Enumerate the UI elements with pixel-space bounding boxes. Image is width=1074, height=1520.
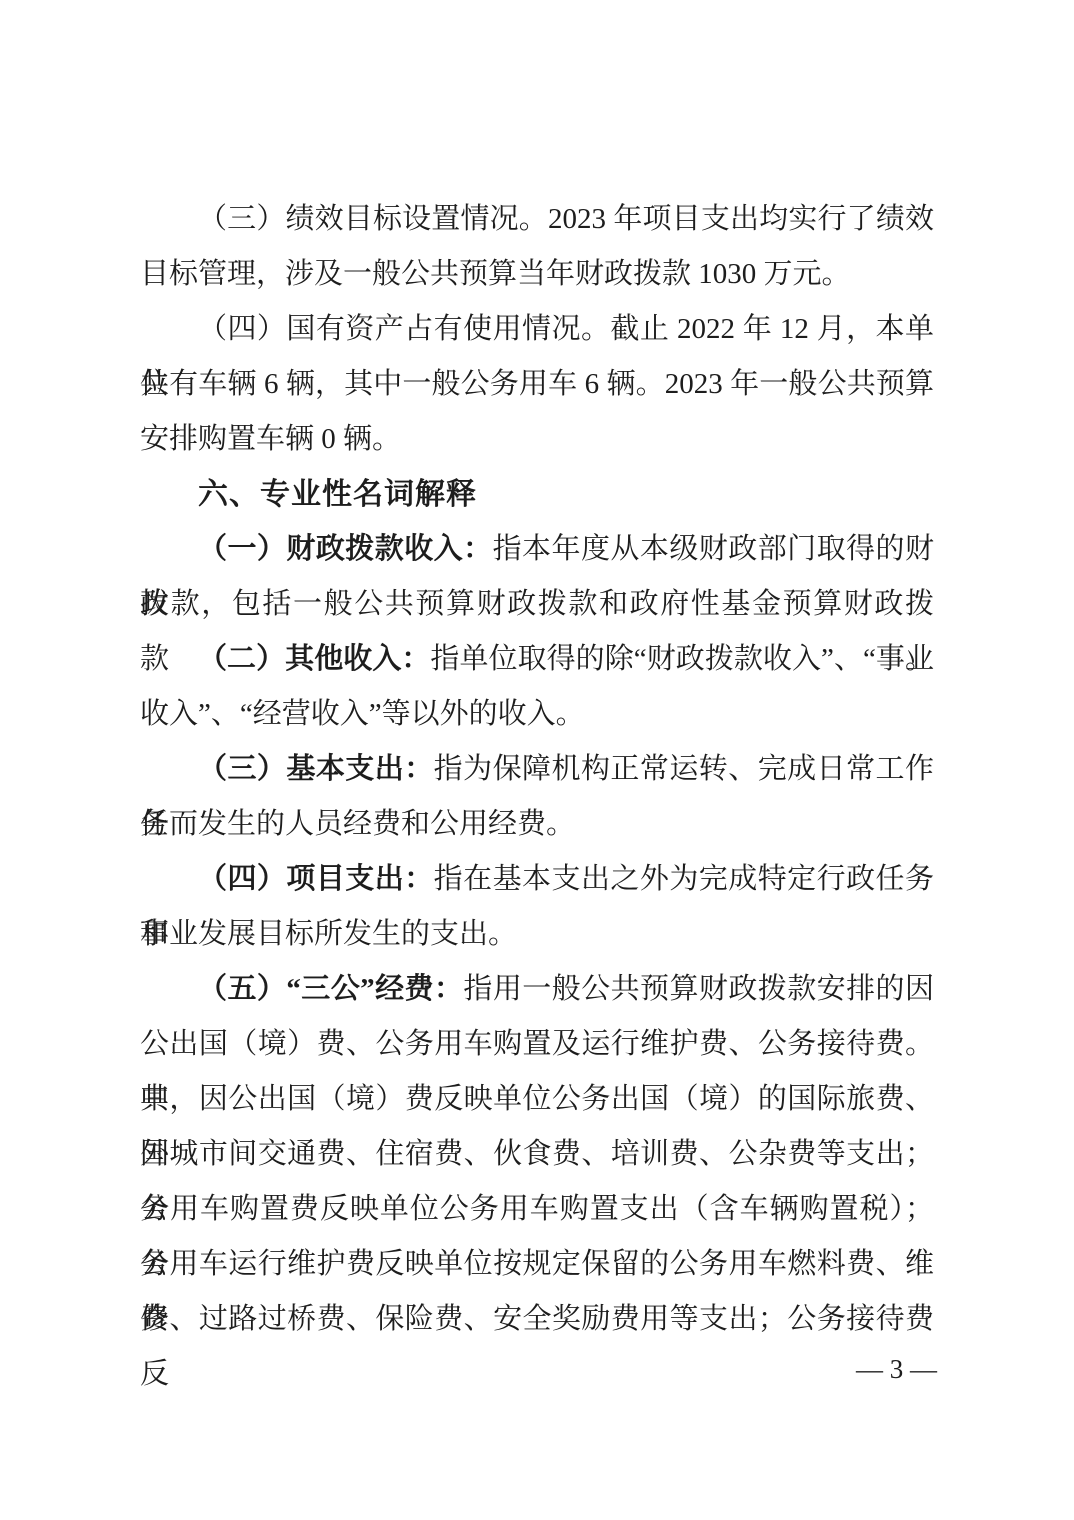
text-segment: 收入”、“经营收入”等以外的收入。 xyxy=(140,698,585,730)
text-line: （五）“三公”经费：指用一般公共预算财政拨款安排的因 xyxy=(140,962,934,1017)
text-line: （三）绩效目标设置情况。2023 年项目支出均实行了绩效 xyxy=(140,192,934,247)
text-line: 公出国（境）费、公务用车购置及运行维护费、公务接待费。其 xyxy=(140,1017,934,1072)
text-segment: 务而发生的人员经费和公用经费。 xyxy=(140,808,575,840)
text-segment: 安排购置车辆 0 辆。 xyxy=(140,423,401,455)
text-segment: 指单位取得的除“财政拨款收入”、“事业 xyxy=(430,643,934,675)
document-page: （三）绩效目标设置情况。2023 年项目支出均实行了绩效目标管理，涉及一般公共预… xyxy=(0,0,1074,1520)
text-segment: 事业发展目标所发生的支出。 xyxy=(140,918,517,950)
text-line: （四）项目支出：指在基本支出之外为完成特定行政任务和 xyxy=(140,852,934,907)
text-line: 外城市间交通费、住宿费、伙食费、培训费、公杂费等支出；公 xyxy=(140,1127,934,1182)
text-line: 事业发展目标所发生的支出。 xyxy=(140,907,934,962)
term-lead-segment: （一）财政拨款收入： xyxy=(198,533,493,565)
term-lead-segment: （三）基本支出： xyxy=(198,753,434,785)
text-segment: （三）绩效目标设置情况。2023 年项目支出均实行了绩效 xyxy=(198,203,934,235)
term-lead-segment: （二）其他收入： xyxy=(198,643,430,675)
document-content: （三）绩效目标设置情况。2023 年项目支出均实行了绩效目标管理，涉及一般公共预… xyxy=(140,192,934,1347)
text-line: 拨款，包括一般公共预算财政拨款和政府性基金预算财政拨款。 xyxy=(140,577,934,632)
text-line: 费、过路过桥费、保险费、安全奖励费用等支出；公务接待费反 xyxy=(140,1292,934,1347)
text-line: （一）财政拨款收入：指本年度从本级财政部门取得的财政 xyxy=(140,522,934,577)
text-line: 中，因公出国（境）费反映单位公务出国（境）的国际旅费、国 xyxy=(140,1072,934,1127)
term-lead-segment: （五）“三公”经费： xyxy=(198,973,463,1005)
term-lead-segment: 六、专业性名词解释 xyxy=(198,478,477,511)
text-segment: 共有车辆 6 辆，其中一般公务用车 6 辆。2023 年一般公共预算 xyxy=(140,368,934,400)
term-lead-segment: （四）项目支出： xyxy=(198,863,434,895)
text-segment: 指用一般公共预算财政拨款安排的因 xyxy=(463,973,934,1005)
text-line: （四）国有资产占有使用情况。截止 2022 年 12 月，本单位 xyxy=(140,302,934,357)
text-line: （三）基本支出：指为保障机构正常运转、完成日常工作任 xyxy=(140,742,934,797)
text-line: 共有车辆 6 辆，其中一般公务用车 6 辆。2023 年一般公共预算 xyxy=(140,357,934,412)
page-number: — 3 — xyxy=(856,1352,937,1386)
section-heading: 六、专业性名词解释 xyxy=(140,467,934,522)
text-line: 收入”、“经营收入”等以外的收入。 xyxy=(140,687,934,742)
text-segment: 费、过路过桥费、保险费、安全奖励费用等支出；公务接待费反 xyxy=(140,1303,934,1390)
text-line: 目标管理，涉及一般公共预算当年财政拨款 1030 万元。 xyxy=(140,247,934,302)
text-line: （二）其他收入：指单位取得的除“财政拨款收入”、“事业 xyxy=(140,632,934,687)
text-line: 务用车购置费反映单位公务用车购置支出（含车辆购置税）；公 xyxy=(140,1182,934,1237)
text-line: 务而发生的人员经费和公用经费。 xyxy=(140,797,934,852)
text-line: 安排购置车辆 0 辆。 xyxy=(140,412,934,467)
text-segment: 目标管理，涉及一般公共预算当年财政拨款 1030 万元。 xyxy=(140,258,851,290)
text-line: 务用车运行维护费反映单位按规定保留的公务用车燃料费、维修 xyxy=(140,1237,934,1292)
